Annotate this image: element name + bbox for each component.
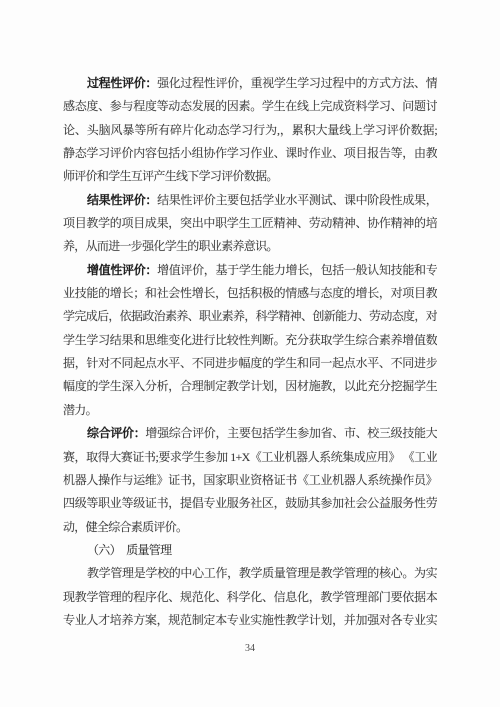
text-run: 增值评价，基于学生能力增长，包括一般认知技能和专 xyxy=(157,263,437,277)
text-line: 综合评价：增强综合评价，主要包括学生参加省、市、校三级技能大 xyxy=(63,422,437,445)
text-line: 四级等职业等级证书，提倡专业服务社区，鼓励其参加社会公益服务性劳 xyxy=(63,492,437,515)
text-line: 潜力。 xyxy=(63,399,437,422)
text-line: 专业人才培养方案，规范制定本专业实施性教学计划，并加强对各专业实 xyxy=(63,609,437,632)
text-run: 强化过程性评价，重视学生学习过程中的方式方法、情 xyxy=(157,76,437,90)
text-line: 动，健全综合素质评价。 xyxy=(63,516,437,539)
text-line: 师评价和学生互评产生线下学习评价数据。 xyxy=(63,165,437,188)
page-number: 34 xyxy=(0,643,500,654)
text-line: 增值性评价：增值评价，基于学生能力增长，包括一般认知技能和专 xyxy=(63,259,437,282)
paragraph-bold-label: 综合评价： xyxy=(87,426,145,440)
section-heading: （六） 质量管理 xyxy=(63,539,437,562)
text-line: 据，针对不同起点水平、不同进步幅度的学生和同一起点水平、不同进步 xyxy=(63,352,437,375)
text-run: 结果性评价主要包括学业水平测试、课中阶段性成果， xyxy=(157,193,437,207)
text-line: 赛，取得大赛证书;要求学生参加 1+X《工业机器人系统集成应用》 《工业 xyxy=(63,446,437,469)
paragraph-bold-label: 过程性评价： xyxy=(87,76,157,90)
text-line: 幅度的学生深入分析，合理制定教学计划，因材施教，以此充分挖掘学生 xyxy=(63,375,437,398)
text-line: 过程性评价：强化过程性评价，重视学生学习过程中的方式方法、情 xyxy=(63,72,437,95)
text-line: 项目教学的项目成果，突出中职学生工匠精神、劳动精神、协作精神的培 xyxy=(63,212,437,235)
text-line: 结果性评价：结果性评价主要包括学业水平测试、课中阶段性成果， xyxy=(63,189,437,212)
text-line: 学完成后，依据政治素养、职业素养，科学精神、创新能力、劳动态度，对 xyxy=(63,305,437,328)
paragraph-bold-label: 结果性评价： xyxy=(87,193,157,207)
text-line: 养，从而进一步强化学生的职业素养意识。 xyxy=(63,235,437,258)
text-line: 机器人操作与运维》证书，国家职业资格证书《工业机器人系统操作员》 xyxy=(63,469,437,492)
text-line: 业技能的增长；和社会性增长，包括积极的情感与态度的增长，对项目教 xyxy=(63,282,437,305)
text-line: 感态度、参与程度等动态发展的因素。学生在线上完成资料学习、问题讨 xyxy=(63,95,437,118)
document-page: 过程性评价：强化过程性评价，重视学生学习过程中的方式方法、情 感态度、参与程度等… xyxy=(0,0,500,707)
text-line: 现教学管理的程序化、规范化、科学化、信息化，教学管理部门要依据本 xyxy=(63,586,437,609)
paragraph-bold-label: 增值性评价： xyxy=(87,263,157,277)
text-line: 学生学习结果和思维变化进行比较性判断。充分获取学生综合素养增值数 xyxy=(63,329,437,352)
document-body: 过程性评价：强化过程性评价，重视学生学习过程中的方式方法、情 感态度、参与程度等… xyxy=(63,72,437,632)
text-line: 教学管理是学校的中心工作，教学质量管理是教学管理的核心。为实 xyxy=(63,562,437,585)
text-line: 静态学习评价内容包括小组协作学习作业、课时作业、项目报告等，由教 xyxy=(63,142,437,165)
text-run: 增强综合评价，主要包括学生参加省、市、校三级技能大 xyxy=(145,426,437,440)
text-line: 论、头脑风暴等所有碎片化动态学习行为,，累积大量线上学习评价数据; xyxy=(63,119,437,142)
